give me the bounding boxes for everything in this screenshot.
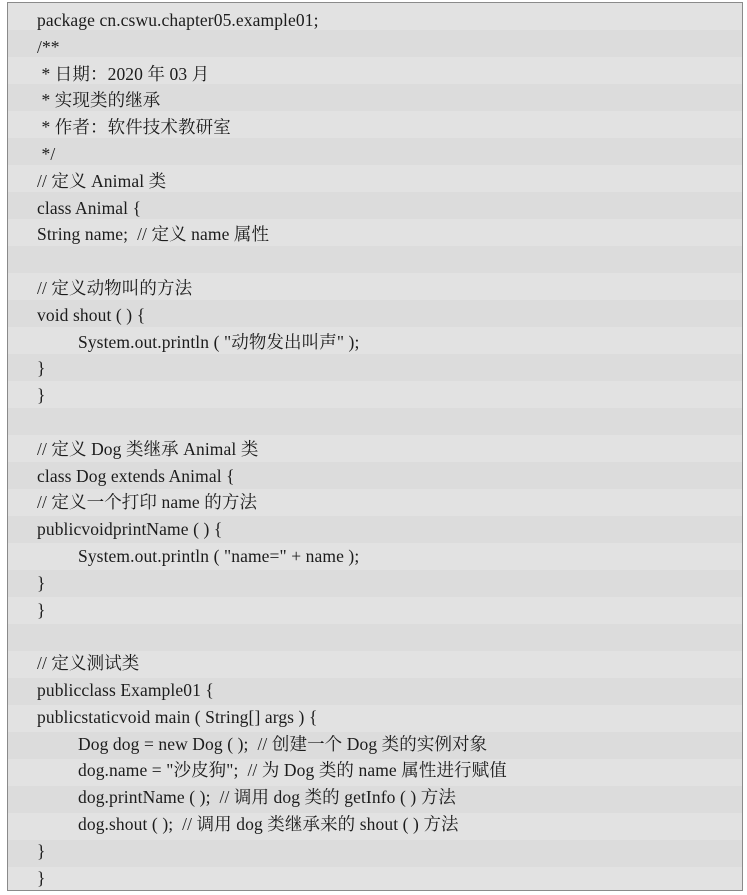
code-line: */ — [37, 141, 734, 168]
code-line: System.out.println ( "name=" + name ); — [37, 543, 734, 570]
code-line: dog.printName ( ); // 调用 dog 类的 getInfo … — [37, 784, 734, 811]
code-line: // 定义 Animal 类 — [37, 168, 734, 195]
code-line: void shout ( ) { — [37, 302, 734, 329]
code-line: } — [37, 570, 734, 597]
code-line: package cn.cswu.chapter05.example01; — [37, 7, 734, 34]
code-line: * 实现类的继承 — [37, 87, 734, 114]
code-line: } — [37, 382, 734, 409]
code-line: // 定义动物叫的方法 — [37, 275, 734, 302]
code-line: class Dog extends Animal { — [37, 463, 734, 490]
code-line: // 定义一个打印 name 的方法 — [37, 489, 734, 516]
code-line: } — [37, 865, 734, 892]
code-line: /** — [37, 34, 734, 61]
code-line: System.out.println ( "动物发出叫声" ); — [37, 329, 734, 356]
code-line — [37, 248, 734, 275]
code-line: // 定义测试类 — [37, 650, 734, 677]
code-line: publicstaticvoid main ( String[] args ) … — [37, 704, 734, 731]
scanned-code-page: package cn.cswu.chapter05.example01;/** … — [0, 0, 747, 895]
code-line: class Animal { — [37, 195, 734, 222]
code-line: publicclass Example01 { — [37, 677, 734, 704]
code-line: Dog dog = new Dog ( ); // 创建一个 Dog 类的实例对… — [37, 731, 734, 758]
code-line: } — [37, 355, 734, 382]
code-line: dog.name = "沙皮狗"; // 为 Dog 类的 name 属性进行赋… — [37, 757, 734, 784]
code-line: dog.shout ( ); // 调用 dog 类继承来的 shout ( )… — [37, 811, 734, 838]
code-line — [37, 623, 734, 650]
code-line: * 日期：2020 年 03 月 — [37, 61, 734, 88]
code-line — [37, 409, 734, 436]
code-line: * 作者：软件技术教研室 — [37, 114, 734, 141]
code-line: // 定义 Dog 类继承 Animal 类 — [37, 436, 734, 463]
code-line: String name; // 定义 name 属性 — [37, 221, 734, 248]
code-line: } — [37, 838, 734, 865]
code-listing: package cn.cswu.chapter05.example01;/** … — [7, 2, 743, 891]
code-line: } — [37, 597, 734, 624]
code-line: publicvoidprintName ( ) { — [37, 516, 734, 543]
